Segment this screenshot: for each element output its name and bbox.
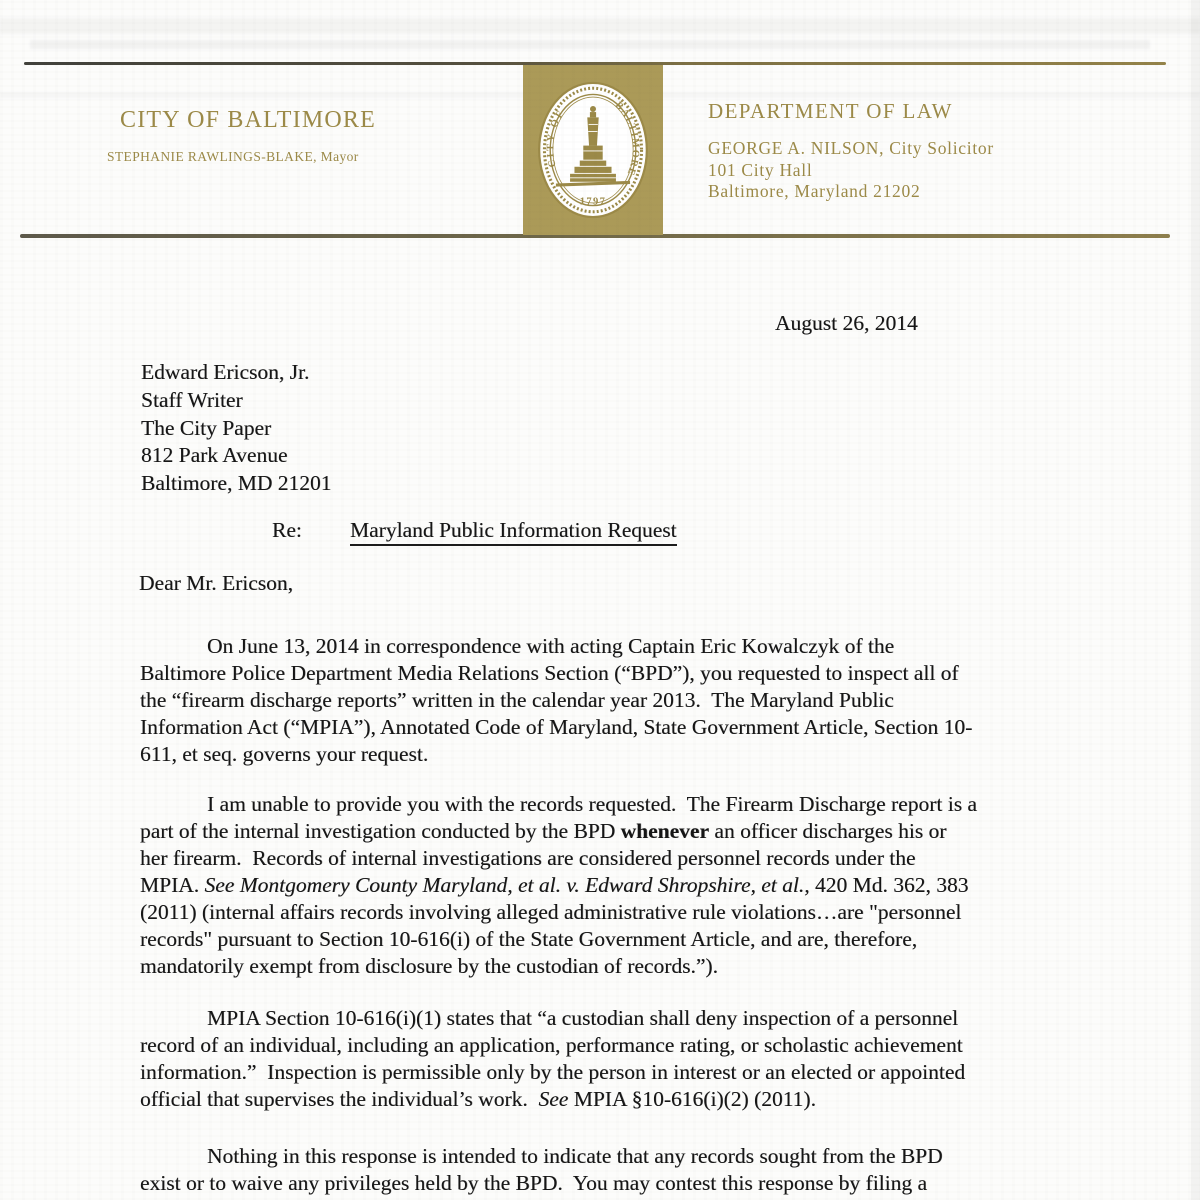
re-subject: Maryland Public Information Request: [350, 518, 677, 546]
paragraph-text: On June 13, 2014 in correspondence with …: [140, 634, 972, 766]
re-label: Re:: [272, 518, 302, 543]
recipient-name: Edward Ericson, Jr.: [141, 359, 332, 387]
seal-year: 1797: [580, 197, 606, 208]
letterhead-address-line1: 101 City Hall: [708, 160, 1168, 182]
see-italic: See: [538, 1087, 568, 1111]
paragraph-2: I am unable to provide you with the reco…: [140, 791, 1150, 980]
scan-edge-shadow: [1191, 0, 1200, 1200]
case-citation-italic: See Montgomery County Maryland, et al. v…: [205, 873, 810, 897]
paragraph-text: MPIA §10-616(i)(2) (2011).: [568, 1087, 816, 1111]
recipient-title: Staff Writer: [141, 387, 332, 415]
city-seal-icon: CITY OF BALTIMORE 1797: [531, 75, 655, 225]
paragraph-3: MPIA Section 10-616(i)(1) states that “a…: [140, 1005, 1150, 1113]
recipient-organization: The City Paper: [141, 415, 332, 443]
recipient-street: 812 Park Avenue: [141, 442, 332, 470]
letterhead-address-line2: Baltimore, Maryland 21202: [708, 181, 1168, 203]
letterhead-contact-block: GEORGE A. NILSON, City Solicitor 101 Cit…: [708, 138, 1168, 203]
paragraph-text: Nothing in this response is intended to …: [140, 1144, 943, 1195]
city-seal-band: CITY OF BALTIMORE 1797: [523, 65, 663, 235]
scan-noise-streak: [0, 18, 1200, 34]
letterhead-mayor-line: STEPHANIE RAWLINGS-BLAKE, Mayor: [107, 149, 527, 165]
recipient-city-state-zip: Baltimore, MD 21201: [141, 470, 332, 498]
recipient-address-block: Edward Ericson, Jr. Staff Writer The Cit…: [141, 359, 332, 498]
scanned-letter-page: CITY OF BALTIMORE STEPHANIE RAWLINGS-BLA…: [0, 0, 1200, 1200]
paragraph-4: Nothing in this response is intended to …: [140, 1143, 1150, 1197]
letterhead-city-title: CITY OF BALTIMORE: [120, 107, 540, 134]
letterhead-solicitor-line: GEORGE A. NILSON, City Solicitor: [708, 138, 1168, 160]
letterhead-department-title: DEPARTMENT OF LAW: [708, 99, 1168, 124]
scan-noise-streak: [30, 40, 1150, 49]
paragraph-1: On June 13, 2014 in correspondence with …: [140, 633, 1150, 768]
letter-date: August 26, 2014: [775, 311, 918, 336]
emphasis-bold: whenever: [621, 819, 709, 843]
salutation: Dear Mr. Ericson,: [139, 571, 293, 596]
